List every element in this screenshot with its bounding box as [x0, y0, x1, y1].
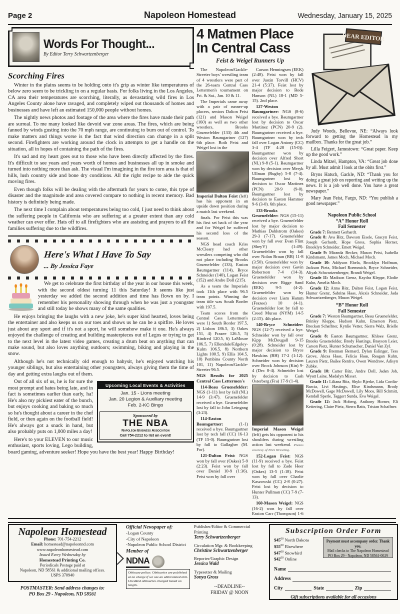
- ornament-border-bottom: [8, 277, 194, 280]
- official-newspaper-block: Official Newspaper of: -Logan County -Ci…: [126, 524, 190, 608]
- sponsor-call-line: Call 754-2212 to list an event!: [101, 433, 190, 438]
- masthead-block: Napoleon Homestead Phone: 701-754-2212 E…: [8, 524, 117, 608]
- column-title: Words For Thought...: [44, 37, 155, 51]
- issue-date: Wednesday, January 15, 2025: [282, 13, 392, 20]
- masthead-usps: USPS 370940: [11, 573, 114, 578]
- paper-name: Napoleon Homestead: [98, 10, 282, 20]
- grade-entry: Grade 8: Easton Baumgartner, Khloee Gren…: [306, 334, 398, 349]
- newspaper-page: Page 2 Napoleon Homestead Wednesday, Jan…: [0, 0, 400, 614]
- subscription-prices: $4500 North Dakota $5500 Elsewhere $4700…: [274, 537, 320, 563]
- jessica-column-body: We get to celebrate the first birthday o…: [8, 281, 194, 456]
- article-subhead: Feist & Weigel Runners Up: [197, 57, 304, 65]
- paragraph: He enjoys bringing the laughs with a new…: [8, 314, 194, 358]
- letters-column: DEAR EDITOR Judy Woods, Bellevue, NE: “A…: [306, 27, 398, 517]
- letter: Mary Jean Feist, Fargo, ND: “You publish…: [306, 196, 398, 207]
- grade-entry: Grade 12: Anna Bitz, Dalton Feist, Logan…: [306, 286, 398, 301]
- result-entry: 152-Logan Feist: NGS (11-9) received a b…: [252, 453, 304, 499]
- obituary-policy: Obituary policy: Obituaries are publishe…: [126, 569, 190, 589]
- paragraph: The Imperials came away with a pair of r…: [197, 99, 249, 150]
- staff-name: Sonya Gross: [194, 575, 265, 581]
- events-list: Jan. 15 - Lions meeting Jan. 20 Legion &…: [98, 389, 193, 410]
- subscription-title: Subscription Order Form: [274, 527, 393, 536]
- paragraph: NGS head coach Kriss McCleary had other …: [197, 242, 249, 283]
- scorching-fires-body: Winter in the plains seems to be holding…: [8, 83, 194, 233]
- sponsor-box: Sponsored by THE NBA Napoleon Business A…: [100, 412, 192, 441]
- postmaster-notice: POSTMASTER: Send address changes to: PO …: [8, 585, 117, 597]
- subscription-form: Subscription Order Form $4500 North Dako…: [269, 524, 398, 608]
- gift-subscriptions-note: Gift subscriptions available for all occ…: [274, 595, 393, 600]
- editor-photo: [13, 32, 40, 62]
- paragraph: Carson Henningsen (EEK) (2:48). Feist wo…: [252, 67, 304, 103]
- sponsor-name: THE NBA: [101, 418, 190, 429]
- paragraph: finals. For Feist this was his first set…: [197, 215, 249, 241]
- jessica-photo: [10, 245, 39, 274]
- scorching-fires-heading: Scorching Fires: [8, 71, 194, 81]
- page-number: Page 2: [8, 11, 98, 20]
- events-ad-title: Upcoming Local Events & Activities: [98, 382, 193, 389]
- grade-entry: Grade 9: Brennan Bernard, Dylan Eslinger…: [306, 349, 398, 369]
- result-entry: 114-Easton Baumgartner: (1-1) received a…: [197, 416, 249, 452]
- grade-entry: Grade 10: Addyson Ebela, Brooklyn Hoffma…: [306, 261, 398, 276]
- birthday-cake-icon: [8, 283, 34, 311]
- jessica-column-title: Here's What I Have To Say: [43, 249, 151, 260]
- column-divider: [8, 236, 194, 237]
- event-item: Feb. 2-KC Bingo: [100, 403, 191, 409]
- grade-entry: Grade 11: Liliana Bitz, Shylo Bjerke, Li…: [306, 379, 398, 399]
- words-for-thought-masthead: Words For Thought... By Editor Terry Sch…: [8, 27, 194, 67]
- grade-entry: Grade 7: Weston Baumgartner, Beau Gruene…: [306, 314, 398, 334]
- result-entry: 133-Brooks Gruenefelder: NGS (15-11) rec…: [252, 208, 304, 321]
- result-entry: 127-Weston Baumgartner: NGS (8-6) receiv…: [252, 104, 304, 207]
- ndna-logo: NDNA: [126, 556, 150, 569]
- result-entry: 140-Bryce Schneider: NGS (12-7) received…: [252, 322, 304, 384]
- name-field: Name: [274, 567, 393, 573]
- sponsor-subtitle: Napoleon Business Association: [101, 429, 190, 433]
- deadline-label: --DEADLINE-- FRIDAY @ NOON: [194, 584, 265, 596]
- result-entry: 121-Dalton Feist: NGS won by fall over (…: [197, 453, 249, 479]
- result-entry: 160-Mason Weigel: NGS (16-2) won by fall…: [252, 501, 304, 517]
- paragraph: It's sad and my heart goes out to those …: [8, 154, 194, 185]
- article-subcolumn-right: Carson Henningsen (EEK) (2:48). Feist wo…: [252, 67, 304, 517]
- paragraph: The Napoleon/Gackle-Streeter boys' wrest…: [197, 67, 249, 98]
- grade-entry: Grade 10: Carter Bitz, Andre Doll, Jaden…: [306, 369, 398, 379]
- events-ad-box: Upcoming Local Events & Activities Jan. …: [97, 381, 194, 442]
- grade-entry: Grade 7: Bennett Gerhardt.: [306, 230, 398, 235]
- paragraph: We get to celebrate the first birthday o…: [8, 281, 194, 312]
- grade-entry: Grade 9: Miranda Becker, Mason Feist, Is…: [306, 250, 398, 260]
- wrestling-photo-2: [252, 385, 304, 426]
- paragraph: The nightly news photos and footage of t…: [8, 115, 194, 152]
- address-field: Address: [274, 576, 393, 582]
- page-footer: Napoleon Homestead Phone: 701-754-2212 E…: [8, 524, 398, 608]
- price-row: $4200 Online: [274, 556, 320, 562]
- photo-caption: Imperial Dalton Feist (left) has his opp…: [197, 193, 249, 214]
- masthead-box: Napoleon Homestead Phone: 701-754-2212 E…: [8, 524, 117, 582]
- jessica-column-byline: ... By Jessica Faye: [44, 262, 152, 270]
- paragraph: As a team the Imperials took 11th place …: [197, 284, 249, 310]
- staff-role: Publisher/Editor & Commercial Printing: [194, 524, 265, 535]
- staff-name: Christine Schwartzenberger: [194, 548, 265, 554]
- wrestling-article: 4 Matmen Place In Central Cass Feist & W…: [197, 27, 304, 517]
- column-byline: By Editor Terry Schwartzenberger: [44, 52, 155, 57]
- letter: Bryns Hatsch, Gackle, ND: “Thank you for…: [306, 172, 398, 194]
- paragraph: Although he's not technically old enough…: [8, 359, 194, 378]
- result-entry: 114-Beau Gruenefelder: NGS (1-11) lost b…: [197, 384, 249, 415]
- grade-entry: Grade 12: Jack Hoberg, Anthony Horner, E…: [306, 399, 398, 409]
- grade-entry: Grade 8: Ava Bitz, Dawson Eisele, Gracyn…: [306, 235, 398, 250]
- paragraph: Even though folks will be dealing with t…: [8, 187, 194, 206]
- dear-editor-envelope-icon: DEAR EDITOR: [308, 28, 396, 126]
- payment-note: Payment must accompany order. Thank you.…: [323, 537, 393, 558]
- masthead-title: Napoleon Homestead: [11, 527, 114, 537]
- main-content: Words For Thought... By Editor Terry Sch…: [8, 27, 398, 517]
- member-of-label: Member of: [126, 548, 190, 555]
- staff-block: Publisher/Editor & Commercial Printing T…: [194, 524, 265, 608]
- editorial-column: Words For Thought... By Editor Terry Sch…: [8, 27, 194, 517]
- letter: Linda Mitzel, Hampton, VA: “Great job do…: [306, 160, 398, 171]
- grade-entry: Grade 11: Madison Grenz, Kaydra Kleppe, …: [306, 276, 398, 286]
- footer-divider: [8, 518, 396, 523]
- results-heading: NGS Results for 2025 Central Cass Letter…: [197, 373, 249, 383]
- paragraph: Winter in the plains seems to be holding…: [8, 83, 194, 114]
- city-state-zip-field: CityStateZip: [274, 586, 393, 592]
- article-headline: 4 Matmen Place In Central Cass: [197, 27, 304, 55]
- article-subcolumn-left: The Napoleon/Gackle-Streeter boys' wrest…: [197, 67, 249, 517]
- ornament-border-top: [8, 240, 194, 243]
- nd-state-seal: [152, 556, 165, 569]
- jessica-column-header: Here's What I Have To Say ... By Jessica…: [8, 244, 194, 275]
- paragraph: Team scores from the Central Cass Letter…: [197, 310, 249, 372]
- staff-name: Jessica Wald: [194, 562, 265, 568]
- photo-caption: Imperial Mason Weigel (left) gets his op…: [252, 427, 304, 453]
- paragraph: The next time I complain about temperatu…: [8, 207, 194, 232]
- letter: Lilla Feigert, Jamestown: “Great paper. …: [306, 147, 398, 158]
- staff-name: Terry Schwartzenberger: [194, 535, 265, 541]
- letter: Judy Woods, Bellevue, NE: “Always look f…: [306, 129, 398, 146]
- wrestling-photo-1: [197, 151, 250, 192]
- page-header: Page 2 Napoleon Homestead Wednesday, Jan…: [8, 10, 392, 25]
